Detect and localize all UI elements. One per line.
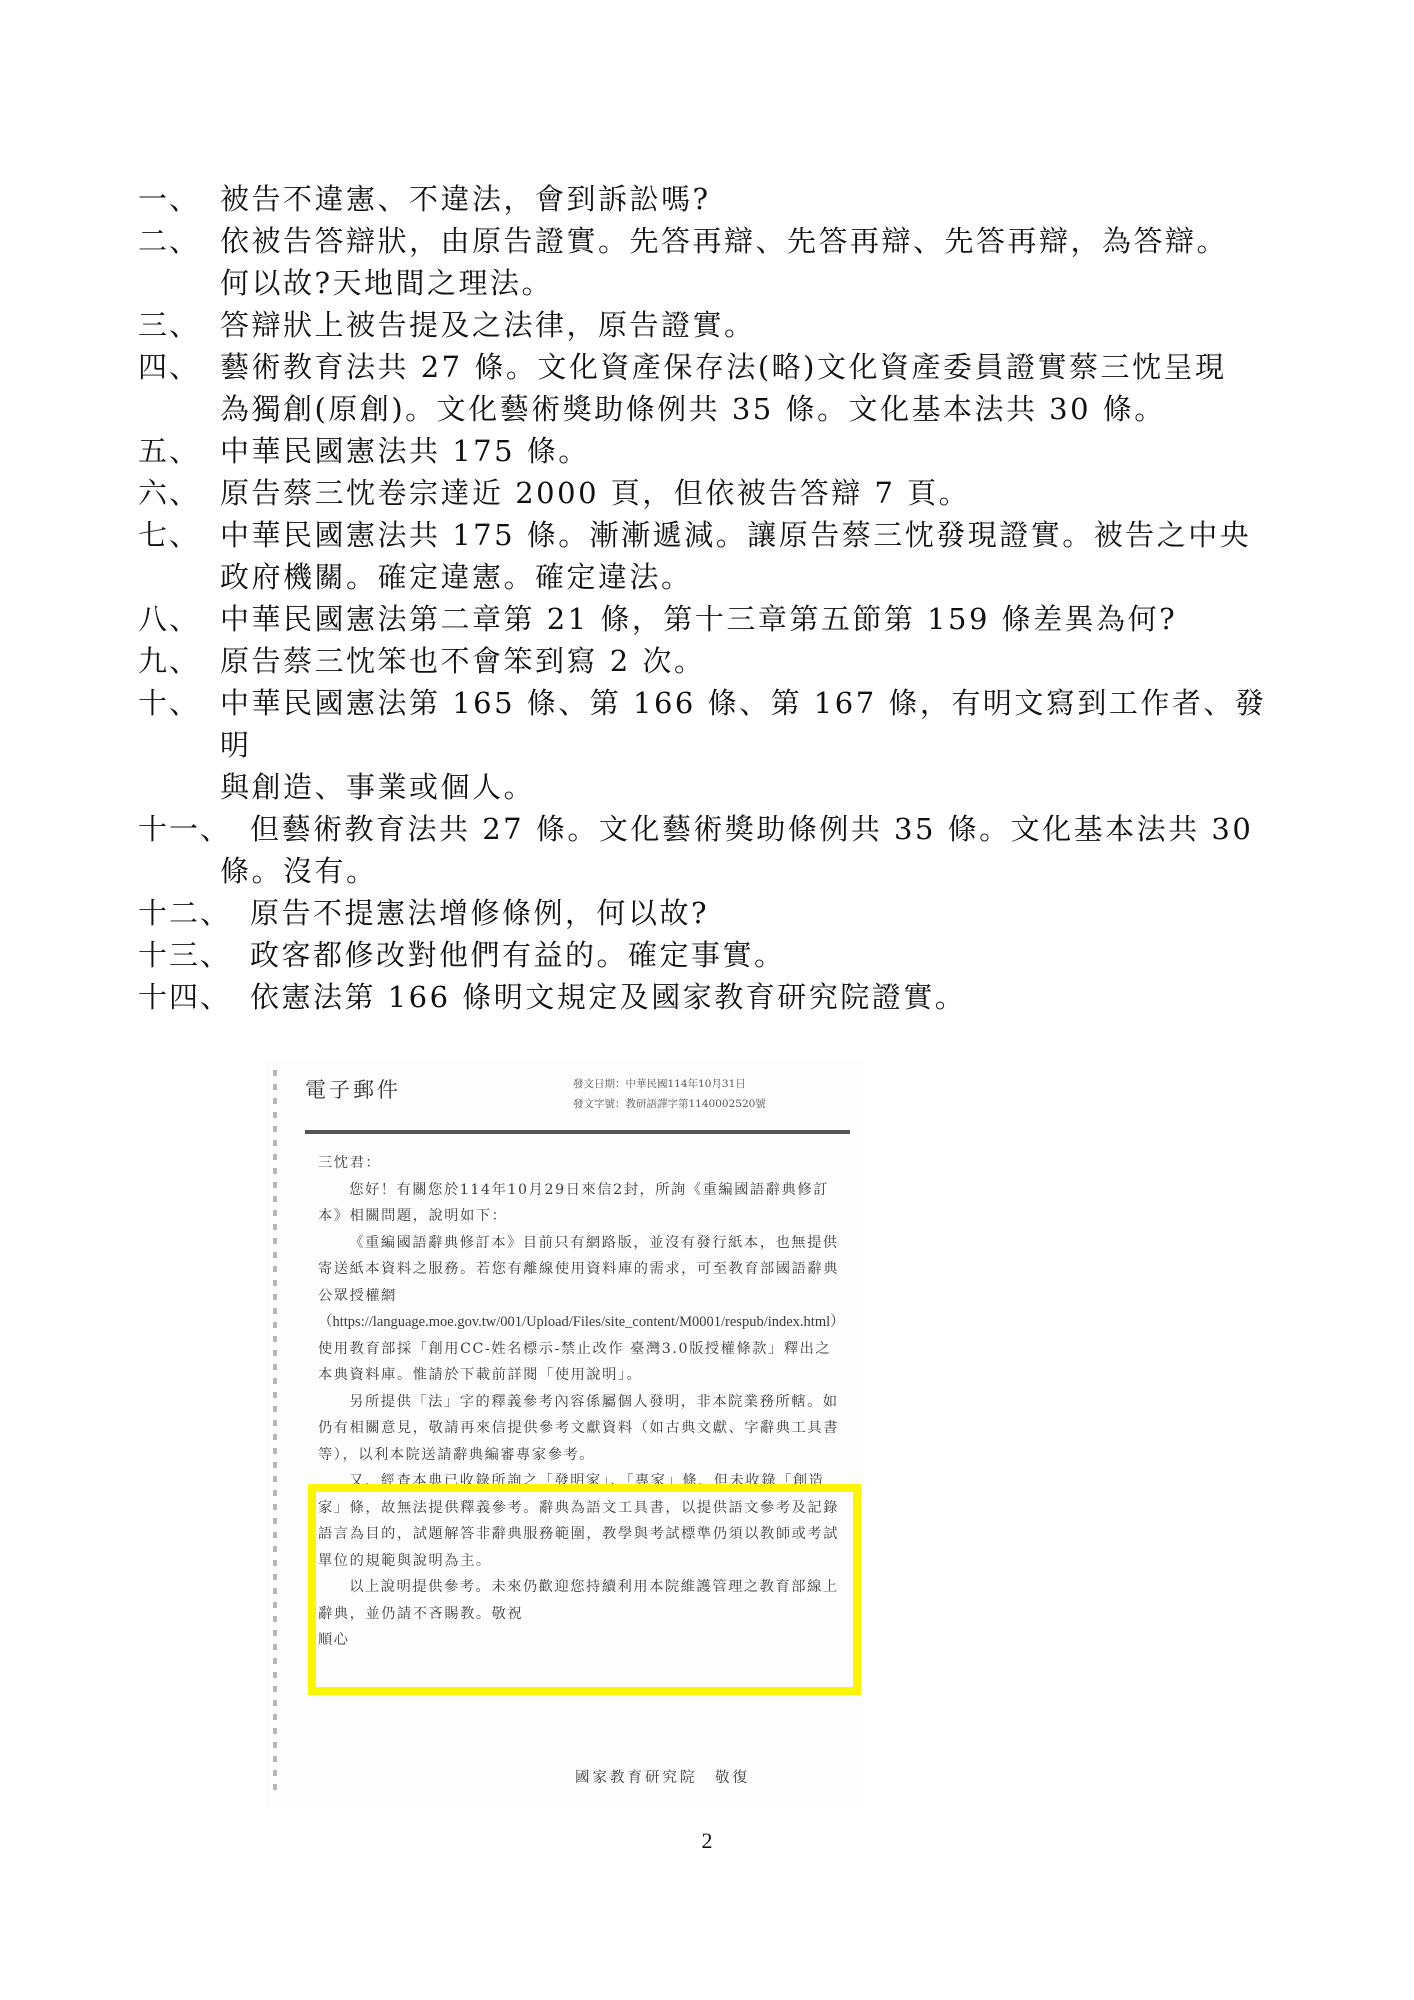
item-number: 六、 bbox=[138, 472, 220, 514]
paragraph-intro: 您好！有關您於114年10月29日來信2封，所詢《重編國語辭典修訂本》相關問題，… bbox=[318, 1177, 844, 1230]
item-number: 一、 bbox=[138, 178, 220, 220]
item-text: 中華民國憲法共 175 條。漸漸遞減。讓原告蔡三忱發現證實。被告之中央 bbox=[220, 514, 1288, 556]
item-text: 但藝術教育法共 27 條。文化藝術獎助條例共 35 條。文化基本法共 30 bbox=[250, 808, 1288, 850]
list-item: 十、 中華民國憲法第 165 條、第 166 條、第 167 條，有明文寫到工作… bbox=[138, 682, 1288, 808]
document-number: 發文字號：教研語譯字第1140002520號 bbox=[573, 1094, 766, 1114]
list-item: 四、 藝術教育法共 27 條。文化資產保存法(略)文化資產委員證實蔡三忱呈現為獨… bbox=[138, 346, 1288, 430]
list-item: 五、 中華民國憲法共 175 條。 bbox=[138, 430, 1288, 472]
item-text: 原告不提憲法增修條例，何以故? bbox=[250, 892, 1288, 934]
item-number: 四、 bbox=[138, 346, 220, 430]
item-text: 依被告答辯狀，由原告證實。先答再辯、先答再辯、先答再辯，為答辯。 bbox=[220, 220, 1288, 262]
list-item: 十四、 依憲法第 166 條明文規定及國家教育研究院證實。 bbox=[138, 976, 1288, 1018]
issue-date: 發文日期：中華民國114年10月31日 bbox=[573, 1074, 766, 1094]
list-item: 十三、 政客都修改對他們有益的。確定事實。 bbox=[138, 934, 1288, 976]
list-item: 十一、 但藝術教育法共 27 條。文化藝術獎助條例共 35 條。文化基本法共 3… bbox=[138, 808, 1288, 892]
paragraph-entries: 又，經查本典已收錄所詢之「發明家」、「專家」條，但未收錄「創造家」條，故無法提供… bbox=[318, 1468, 844, 1574]
page-number: 2 bbox=[0, 1828, 1414, 1854]
item-number: 二、 bbox=[138, 220, 220, 304]
embedded-email-image: 電子郵件 發文日期：中華民國114年10月31日 發文字號：教研語譯字第1140… bbox=[265, 1060, 865, 1810]
list-item: 八、 中華民國憲法第二章第 21 條，第十三章第五節第 159 條差異為何? bbox=[138, 598, 1288, 640]
list-item: 七、 中華民國憲法共 175 條。漸漸遞減。讓原告蔡三忱發現證實。被告之中央政府… bbox=[138, 514, 1288, 598]
signature: 國家教育研究院 敬復 bbox=[575, 1766, 750, 1787]
item-number: 三、 bbox=[138, 304, 220, 346]
item-number: 十三、 bbox=[138, 934, 250, 976]
list-item: 一、 被告不違憲、不違法，會到訴訟嗎? bbox=[138, 178, 1288, 220]
item-text: 與創造、事業或個人。 bbox=[220, 766, 1288, 808]
item-text: 政府機關。確定違憲。確定違法。 bbox=[220, 556, 1288, 598]
item-number: 十二、 bbox=[138, 892, 250, 934]
list-item: 二、 依被告答辯狀，由原告證實。先答再辯、先答再辯、先答再辯，為答辯。何以故?天… bbox=[138, 220, 1288, 304]
item-text: 政客都修改對他們有益的。確定事實。 bbox=[250, 934, 1288, 976]
item-number: 十、 bbox=[138, 682, 220, 808]
list-item: 九、 原告蔡三忱笨也不會笨到寫 2 次。 bbox=[138, 640, 1288, 682]
item-number: 十四、 bbox=[138, 976, 250, 1018]
list-item: 十二、 原告不提憲法增修條例，何以故? bbox=[138, 892, 1288, 934]
list-item: 三、 答辯狀上被告提及之法律，原告證實。 bbox=[138, 304, 1288, 346]
item-text: 被告不違憲、不違法，會到訴訟嗎? bbox=[220, 178, 1288, 220]
item-text: 依憲法第 166 條明文規定及國家教育研究院證實。 bbox=[250, 976, 1288, 1018]
paragraph-text: 使用教育部採「創用CC-姓名標示-禁止改作 臺灣3.0版授權條款」釋出之本典資料… bbox=[318, 1341, 831, 1384]
paragraph-online-edition: 《重編國語辭典修訂本》目前只有網路版，並沒有發行紙本，也無提供寄送紙本資料之服務… bbox=[318, 1230, 844, 1389]
header-divider bbox=[305, 1130, 850, 1134]
item-text: 為獨創(原創)。文化藝術獎助條例共 35 條。文化基本法共 30 條。 bbox=[220, 388, 1288, 430]
item-text: 藝術教育法共 27 條。文化資產保存法(略)文化資產委員證實蔡三忱呈現 bbox=[220, 346, 1288, 388]
license-url: （https://language.moe.gov.tw/001/Upload/… bbox=[318, 1314, 845, 1330]
item-text: 中華民國憲法第 165 條、第 166 條、第 167 條，有明文寫到工作者、發… bbox=[220, 682, 1288, 766]
item-text: 中華民國憲法第二章第 21 條，第十三章第五節第 159 條差異為何? bbox=[220, 598, 1288, 640]
email-body: 三忱君： 您好！有關您於114年10月29日來信2封，所詢《重編國語辭典修訂本》… bbox=[318, 1150, 844, 1654]
item-number: 九、 bbox=[138, 640, 220, 682]
salutation: 三忱君： bbox=[318, 1150, 844, 1177]
list-item: 六、 原告蔡三忱卷宗達近 2000 頁，但依被告答辯 7 頁。 bbox=[138, 472, 1288, 514]
closing-wish: 順心 bbox=[318, 1627, 844, 1654]
email-title: 電子郵件 bbox=[305, 1074, 401, 1104]
item-text: 中華民國憲法共 175 條。 bbox=[220, 430, 1288, 472]
item-number: 七、 bbox=[138, 514, 220, 598]
item-text: 答辯狀上被告提及之法律，原告證實。 bbox=[220, 304, 1288, 346]
paragraph-text: 《重編國語辭典修訂本》目前只有網路版，並沒有發行紙本，也無提供寄送紙本資料之服務… bbox=[318, 1235, 839, 1304]
item-number: 八、 bbox=[138, 598, 220, 640]
paragraph-closing: 以上說明提供參考。未來仍歡迎您持續利用本院維護管理之教育部線上辭典，並仍請不吝賜… bbox=[318, 1574, 844, 1627]
item-text: 原告蔡三忱卷宗達近 2000 頁，但依被告答辯 7 頁。 bbox=[220, 472, 1288, 514]
item-text: 原告蔡三忱笨也不會笨到寫 2 次。 bbox=[220, 640, 1288, 682]
item-text: 條。沒有。 bbox=[220, 850, 1288, 892]
item-number: 五、 bbox=[138, 430, 220, 472]
numbered-statement-list: 一、 被告不違憲、不違法，會到訴訟嗎? 二、 依被告答辯狀，由原告證實。先答再辯… bbox=[138, 178, 1288, 1018]
email-meta: 發文日期：中華民國114年10月31日 發文字號：教研語譯字第114000252… bbox=[573, 1074, 766, 1114]
scan-margin-marks bbox=[273, 1070, 277, 1795]
paragraph-definition: 另所提供「法」字的釋義參考內容係屬個人發明，非本院業務所轄。如仍有相關意見，敬請… bbox=[318, 1389, 844, 1469]
item-text: 何以故?天地間之理法。 bbox=[220, 262, 1288, 304]
